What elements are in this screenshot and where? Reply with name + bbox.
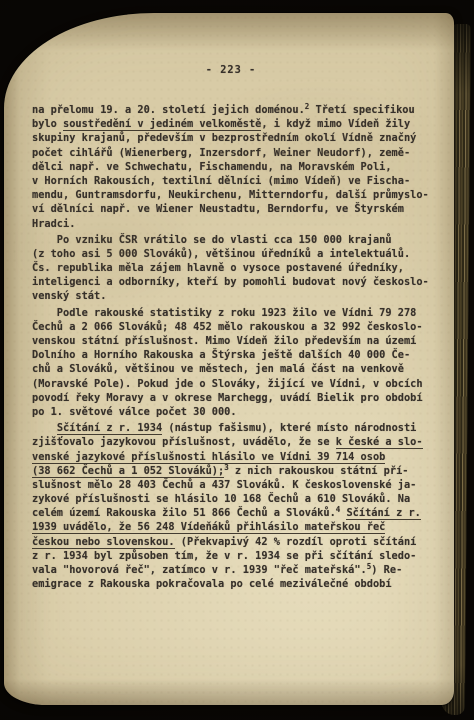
text-line: ví dělníci např. ve Wiener Neustadtu, Be…	[32, 202, 430, 216]
text-line: celém území Rakouska žilo 51 866 Čechů a…	[32, 506, 430, 520]
text-line: Podle rakouské statistiky z roku 1923 ži…	[32, 306, 430, 320]
text-line: (Moravské Pole). Pokud jde o Slováky, ži…	[32, 377, 430, 391]
text-line: Čechů a 2 066 Slováků; 48 452 mělo rakou…	[32, 320, 430, 334]
text-line: 1939 uvádělo, že 56 248 Vídeňáků přihlás…	[32, 520, 430, 534]
text-line: (38 662 Čechů a 1 052 Slováků);3 z nich …	[32, 464, 430, 478]
body-text: na přelomu 19. a 20. století jejich domé…	[32, 103, 430, 591]
text-line: z r. 1934 byl způsoben tím, že v r. 1934…	[32, 549, 430, 563]
text-line: povodí řeky Moravy a v okrese Marchegg, …	[32, 391, 430, 405]
text-line: mendu, Guntramsdorfu, Neukirchenu, Mitte…	[32, 188, 430, 202]
text-line: chů a Slováků, většinou ve městech, jen …	[32, 362, 430, 376]
text-line: (z toho asi 5 000 Slováků), většinou úře…	[32, 247, 430, 261]
page-text: - 223 - na přelomu 19. a 20. století jej…	[32, 13, 430, 593]
text-line: na přelomu 19. a 20. století jejich domé…	[32, 103, 430, 117]
text-line: venskou státní příslušnost. Mimo Vídeň ž…	[32, 334, 430, 348]
text-line: počet cihlářů (Wienerberg, Inzersdorf, W…	[32, 146, 430, 160]
paragraph: Podle rakouské statistiky z roku 1923 ži…	[32, 306, 430, 420]
text-line: zykové příslušnosti se hlásilo 10 168 Če…	[32, 492, 430, 506]
text-line: bylo soustředění v jediném velkoměstě, i…	[32, 117, 430, 131]
scan-background: { "colors": { "background": "#070503", "…	[0, 0, 474, 720]
text-line: inteligenci a odborníky, kteří by pomohl…	[32, 275, 430, 289]
paragraph: na přelomu 19. a 20. století jejich domé…	[32, 103, 430, 231]
text-line: zjišťovalo jazykovou příslušnost, uváděl…	[32, 435, 430, 449]
text-line: českou nebo slovenskou. (Překvapivý 42 %…	[32, 535, 430, 549]
text-line: vala "hovorová řeč", zatímco v r. 1939 "…	[32, 563, 430, 577]
text-line: venský stát.	[32, 289, 430, 303]
text-line: venské jazykové příslušnosti hlásilo ve …	[32, 450, 430, 464]
text-line: Hradci.	[32, 217, 430, 231]
text-line: slušnost mělo 28 403 Čechů a 437 Slováků…	[32, 478, 430, 492]
text-line: skupiny krajanů, především v bezprostřed…	[32, 131, 430, 145]
text-line: po 1. světové válce počet 30 000.	[32, 405, 430, 419]
text-line: v Horních Rakousích, textilní dělníci (m…	[32, 174, 430, 188]
paragraph: Po vzniku ČSR vrátilo se do vlasti cca 1…	[32, 233, 430, 304]
text-line: dělci např. ve Schwechatu, Fischamendu, …	[32, 160, 430, 174]
page-number: - 223 -	[32, 63, 430, 77]
text-line: Po vzniku ČSR vrátilo se do vlasti cca 1…	[32, 233, 430, 247]
text-line: Dolního a Horního Rakouska a Štýrska ješ…	[32, 348, 430, 362]
text-line: Sčítání z r. 1934 (nástup fašismu), kter…	[32, 421, 430, 435]
book-page: - 223 - na přelomu 19. a 20. století jej…	[4, 13, 454, 705]
text-line: emigrace z Rakouska pokračovala po celé …	[32, 577, 430, 591]
paragraph: Sčítání z r. 1934 (nástup fašismu), kter…	[32, 421, 430, 591]
text-line: Čs. republika měla zájem hlavně o vysoce…	[32, 261, 430, 275]
